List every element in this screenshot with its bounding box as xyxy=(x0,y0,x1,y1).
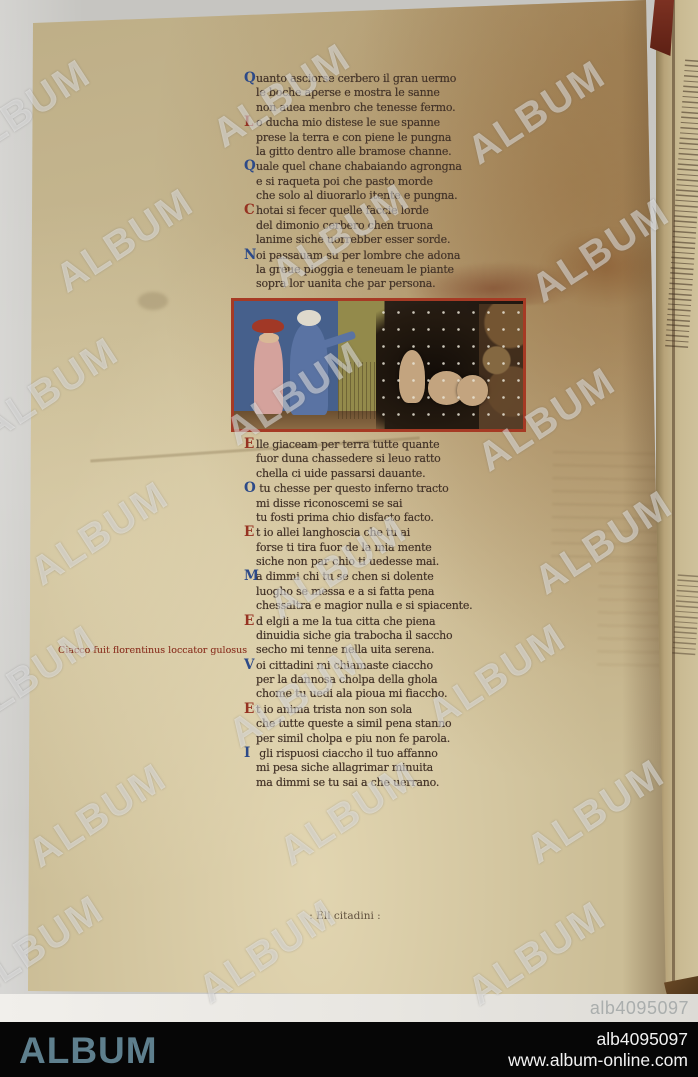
manuscript-text-line: Noi passauam su per lombre che adona xyxy=(244,248,494,263)
manuscript-text-line: e si raqueta poi che pasto morde xyxy=(244,175,494,189)
manuscript-text-line: ma dimmi se tu sai a che uerrano. xyxy=(244,776,494,790)
virgil-head xyxy=(297,310,321,327)
illuminated-initial: V xyxy=(244,658,256,672)
manuscript-text-line: lanime siche uorrebber esser sorde. xyxy=(244,233,494,247)
dante-face xyxy=(259,333,279,343)
dante-figure xyxy=(254,332,283,414)
illuminated-initial: E xyxy=(244,437,256,451)
manuscript-text-line: che tutte queste a simil pena stanno xyxy=(244,717,494,731)
manuscript-text-line: I gli rispuosi ciaccho il tuo affanno xyxy=(244,746,494,761)
illuminated-initial: L xyxy=(244,115,256,129)
catchword: : Eli citadini : xyxy=(255,910,435,922)
miniature-illustration xyxy=(231,298,526,432)
manuscript-text-line: siche non par chio ti uedesse mai. xyxy=(244,555,494,569)
manuscript-text-line: fuor duna chassedere si leuo ratto xyxy=(244,452,494,466)
book-binding xyxy=(650,0,674,56)
page-fold-crease xyxy=(672,0,675,998)
manuscript-text-line: mi pesa siche allagrimar minuita xyxy=(244,761,494,775)
manuscript-page: Quanto asciorse cerbero il gran uermole … xyxy=(0,0,698,998)
manuscript-text-line: sopra lor uanita che par persona. xyxy=(244,277,494,291)
manuscript-text-line: Ma dimmi chi tu se chen si dolente xyxy=(244,569,494,584)
manuscript-text-line: Ed elgli a me la tua citta che piena xyxy=(244,614,494,629)
illuminated-initial: E xyxy=(244,702,256,716)
text-block-lower: Elle giaceam per terra tutte quantefuor … xyxy=(244,437,494,790)
manuscript-text-line: chessaltra e magior nulla e si spiacente… xyxy=(244,599,494,613)
manuscript-text-line: chome tu uedi ala pioua mi fiaccho. xyxy=(244,687,494,701)
illuminated-initial: M xyxy=(244,569,256,583)
manuscript-text-line: Chotai si fecer quelle faccie lorde xyxy=(244,203,494,218)
manuscript-text-line: Et io allei langhoscia che tu ai xyxy=(244,525,494,540)
manuscript-text-line: le boche aperse e mostra le sanne xyxy=(244,86,494,100)
virgil-pointing-arm xyxy=(320,330,356,349)
parchment-spot xyxy=(138,292,168,310)
manuscript-text-line: del dimonio cerbero chen truona xyxy=(244,219,494,233)
text-block-upper: Quanto asciorse cerbero il gran uermole … xyxy=(244,71,494,292)
album-logo: ALBUM xyxy=(19,1030,158,1072)
adjacent-page-text-band xyxy=(672,574,698,655)
vegetation xyxy=(338,362,378,418)
manuscript-text-line: prese la terra e con piene le pungna xyxy=(244,131,494,145)
rain-hail-dots xyxy=(376,304,523,429)
marginal-rubric-note: Ciacco fuit florentinus loccator gulosus xyxy=(58,645,278,656)
tissue-strip xyxy=(0,994,698,1022)
manuscript-text-line: per simil cholpa e piu non fe parola. xyxy=(244,732,494,746)
manuscript-text-line: Et io anima trista non son sola xyxy=(244,702,494,717)
illuminated-initial: Q xyxy=(244,159,256,173)
manuscript-text-line: luogho se messa e a si fatta pena xyxy=(244,585,494,599)
illuminated-initial: I xyxy=(244,746,256,760)
manuscript-text-line: secho mi tenne nella uita serena. xyxy=(244,643,494,657)
illuminated-initial: E xyxy=(244,525,256,539)
manuscript-text-line: mi disse riconoscemi se sai xyxy=(244,497,494,511)
manuscript-text-line: O tu chesse per questo inferno tracto xyxy=(244,481,494,496)
illuminated-initial: C xyxy=(244,203,256,217)
illuminated-initial: N xyxy=(244,248,256,262)
manuscript-text-line: forse ti tira fuor de la mia mente xyxy=(244,541,494,555)
manuscript-text-line: tu fosti prima chio disfacto facto. xyxy=(244,511,494,525)
illuminated-initial: O xyxy=(244,481,256,495)
manuscript-text-line: dinuidia siche gia trabocha il saccho xyxy=(244,629,494,643)
manuscript-text-line: la greue pioggia e teneuam le piante xyxy=(244,263,494,277)
footer-image-id: alb4095097 xyxy=(508,1029,688,1050)
manuscript-text-line: chella ci uide passarsi dauante. xyxy=(244,467,494,481)
manuscript-text-line: Lo ducha mio distese le sue spanne xyxy=(244,115,494,130)
manuscript-text-line: che solo al diuorarlo itente e pungna. xyxy=(244,189,494,203)
photo-backdrop: Quanto asciorse cerbero il gran uermole … xyxy=(0,0,698,1077)
illuminated-initial: Q xyxy=(244,71,256,85)
manuscript-text-line: Voi cittadini mi chiamaste ciaccho xyxy=(244,658,494,673)
illuminated-initial: E xyxy=(244,614,256,628)
manuscript-text-line: Quanto asciorse cerbero il gran uermo xyxy=(244,71,494,86)
footer-credit: alb4095097 www.album-online.com xyxy=(508,1029,688,1071)
footer-website: www.album-online.com xyxy=(508,1050,688,1071)
virgil-figure xyxy=(290,323,328,415)
manuscript-text-line: non auea menbro che tenesse fermo. xyxy=(244,101,494,115)
manuscript-text-line: per la dannosa cholpa della ghola xyxy=(244,673,494,687)
adjacent-page-text-band xyxy=(665,60,698,351)
dante-hat xyxy=(252,319,284,334)
footer-bar: ALBUM alb4095097 www.album-online.com xyxy=(0,1022,698,1077)
manuscript-text-line: la gitto dentro alle bramose channe. xyxy=(244,145,494,159)
manuscript-text-line: Quale quel chane chabaiando agrongna xyxy=(244,159,494,174)
manuscript-text-line: Elle giaceam per terra tutte quante xyxy=(244,437,494,452)
